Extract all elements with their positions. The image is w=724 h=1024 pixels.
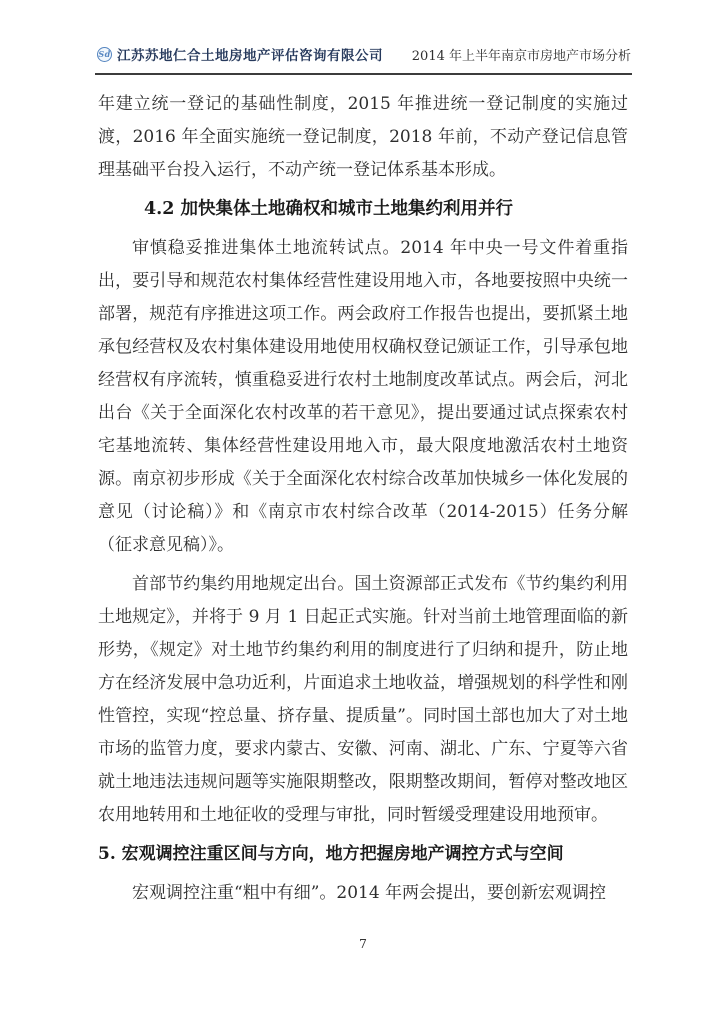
header-divider — [95, 73, 632, 75]
page-header: Sd 江苏苏地仁合土地房地产评估咨询有限公司 2014 年上半年南京市房地产市场… — [97, 44, 631, 64]
paragraph-land-use-regulation: 首部节约集约用地规定出台。国土资源部正式发布《节约集约利用土地规定》，并将于 9… — [98, 568, 628, 832]
paragraph-collective-land-pilot: 审慎稳妥推进集体土地流转试点。2014 年中央一号文件着重指出，要引导和规范农村… — [98, 232, 628, 562]
page-footer: 7 — [98, 936, 628, 951]
header-company-block: Sd 江苏苏地仁合土地房地产评估咨询有限公司 — [97, 44, 383, 64]
company-name: 江苏苏地仁合土地房地产评估咨询有限公司 — [117, 44, 383, 64]
section-heading-4-2: 4.2 加快集体土地确权和城市土地集约利用并行 — [98, 193, 628, 226]
document-title: 2014 年上半年南京市房地产市场分析 — [412, 45, 631, 64]
paragraph-macro-control: 宏观调控注重“粗中有细”。2014 年两会提出，要创新宏观调控 — [98, 877, 628, 910]
company-logo-icon: Sd — [97, 47, 112, 62]
section-heading-5: 5. 宏观调控注重区间与方向，地方把握房地产调控方式与空间 — [98, 838, 628, 871]
paragraph-unified-registration: 年建立统一登记的基础性制度，2015 年推进统一登记制度的实施过渡，2016 年… — [98, 88, 628, 187]
document-body: 年建立统一登记的基础性制度，2015 年推进统一登记制度的实施过渡，2016 年… — [98, 88, 628, 916]
document-page: Sd 江苏苏地仁合土地房地产评估咨询有限公司 2014 年上半年南京市房地产市场… — [0, 0, 724, 1024]
page-number: 7 — [359, 936, 367, 951]
